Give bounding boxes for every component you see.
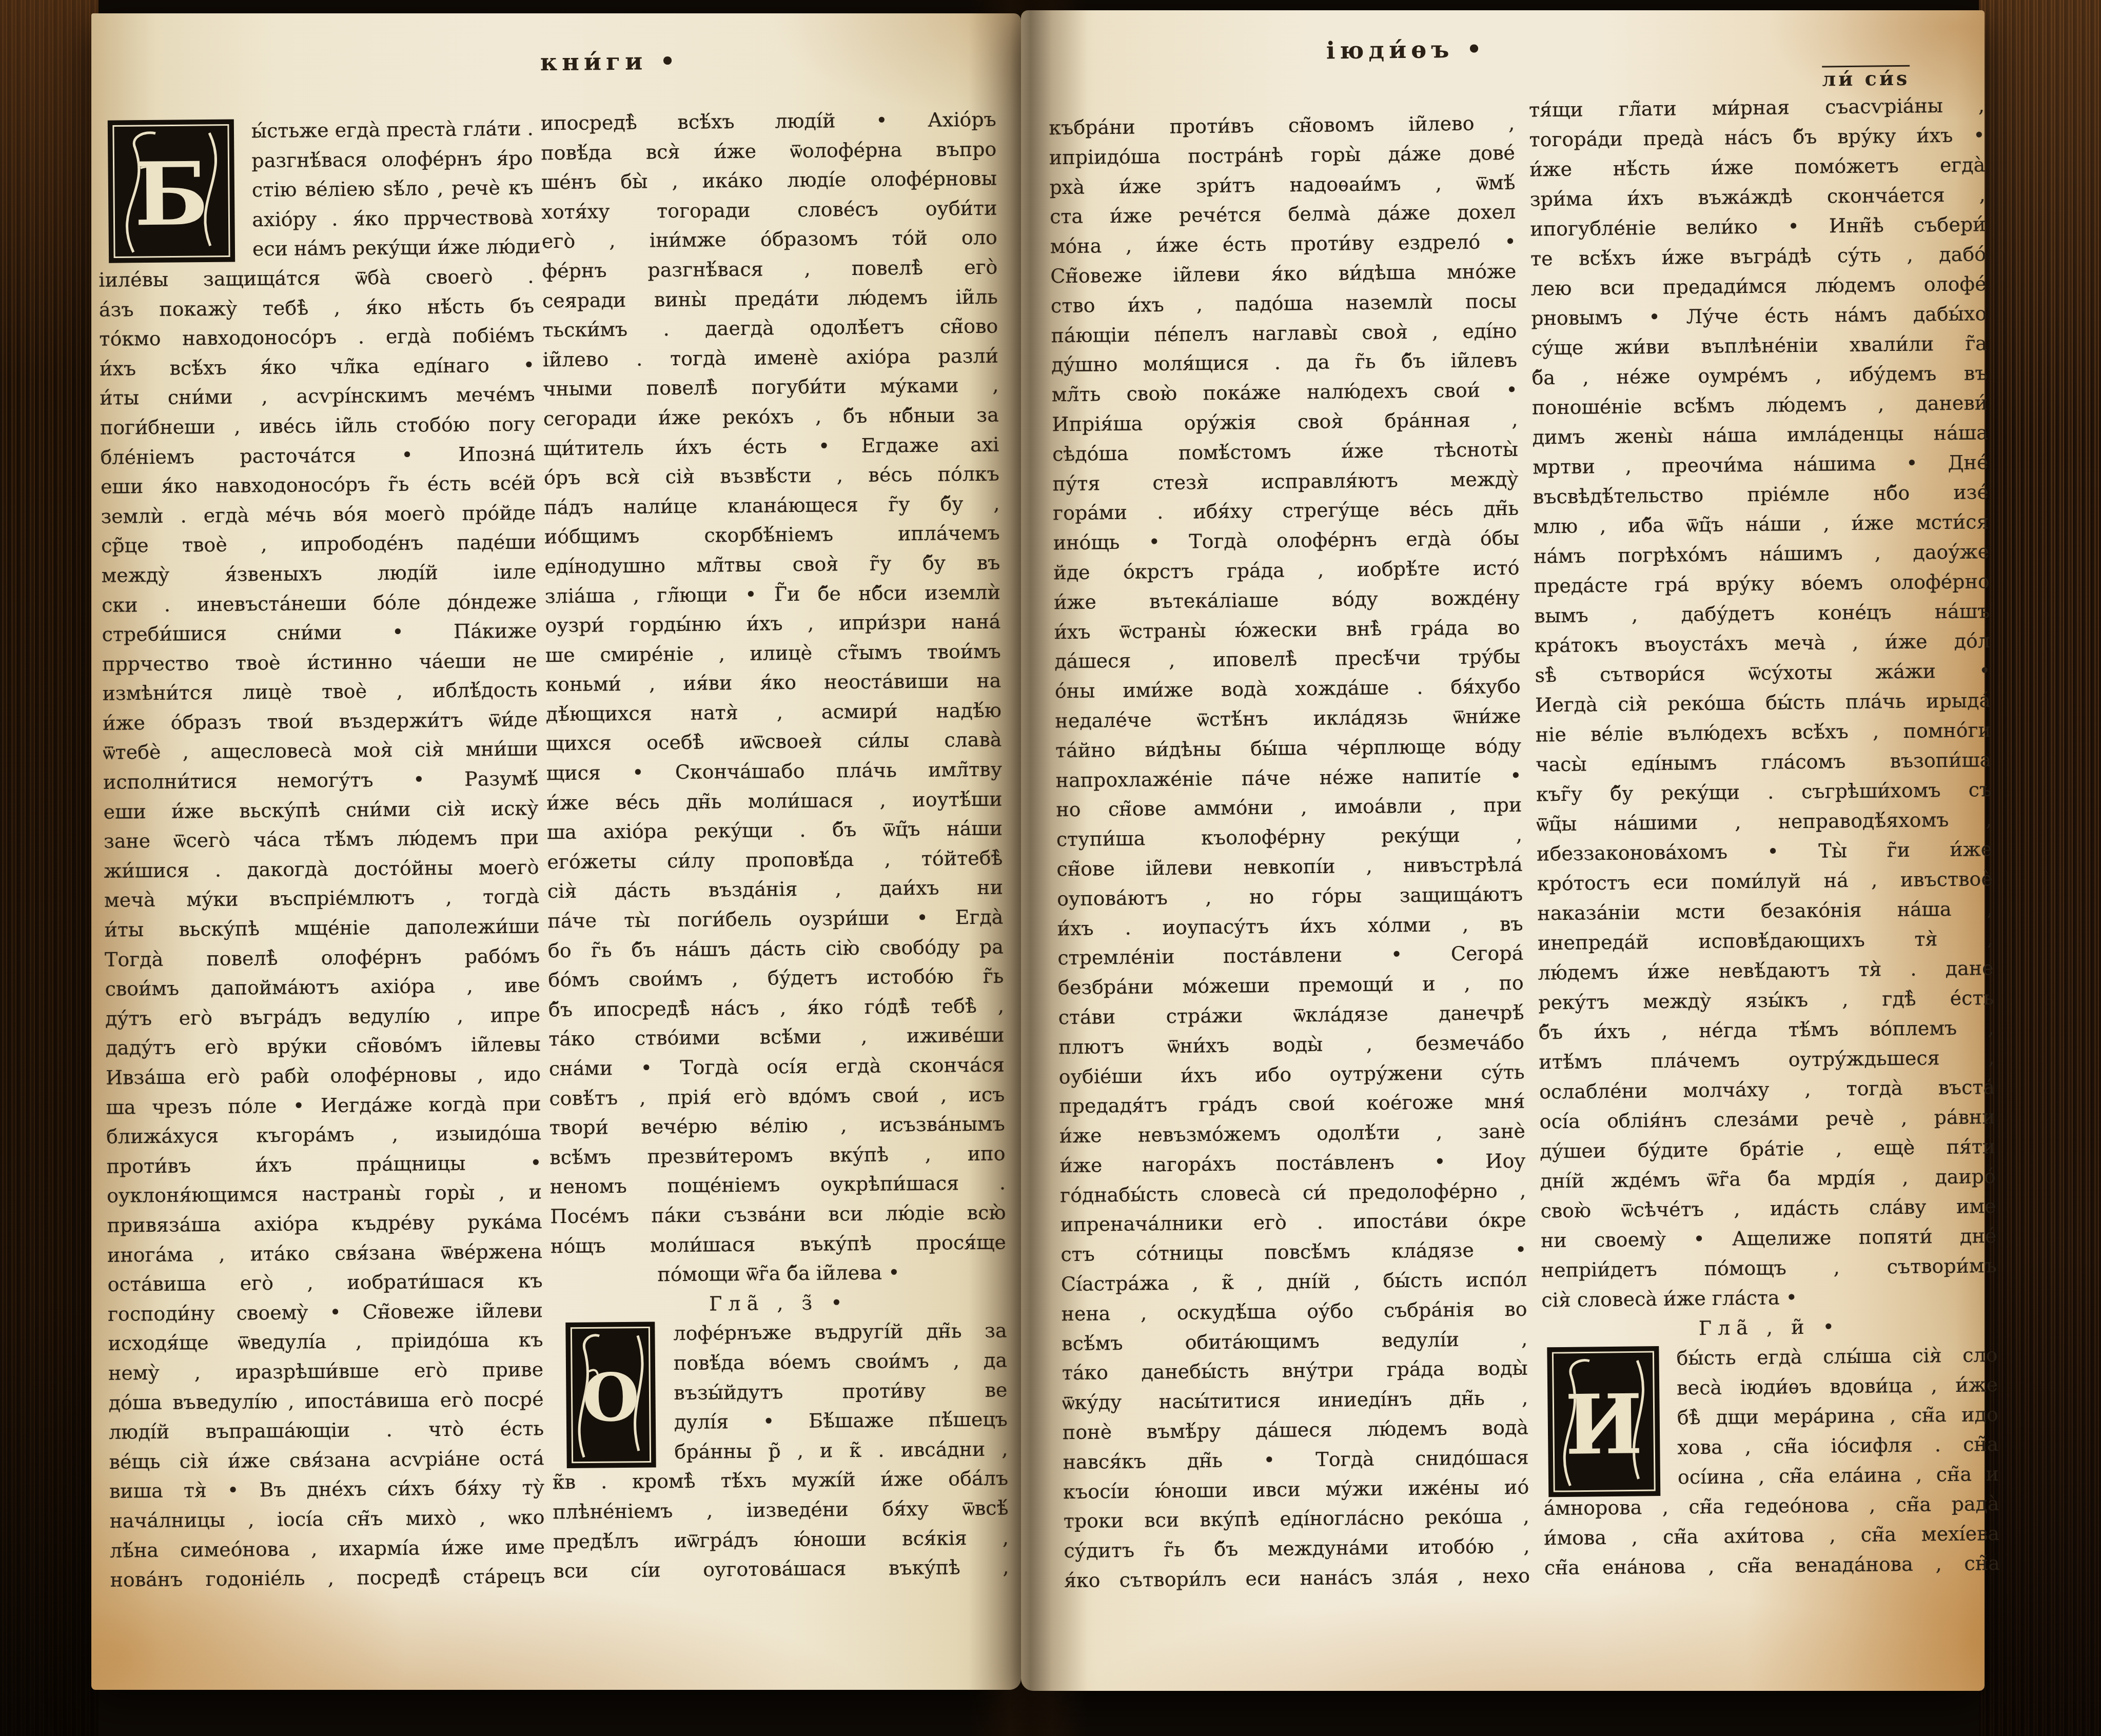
- text-line: сна́ми • Тогда̀ осі́я егда̀ сконча́ся: [549, 1050, 1005, 1083]
- text-line: инепреда́й исповѣ́дающихъ тя̀ ,: [1538, 923, 1994, 958]
- text-line: ста и́же рече́тся белма̀ да́же дохел: [1050, 198, 1516, 232]
- text-line: стъ со́тницы повсѣ́мъ кла́дязе •: [1061, 1235, 1527, 1270]
- text-line: хова , сн̃а іо́сифля . сн̃а: [1677, 1429, 1999, 1463]
- text-line: б̃ъ ипосредѣ̀ на́съ , я́ко го́дѣ̀ тебѣ̀ …: [548, 991, 1004, 1024]
- text-line: стію ве́ліею ѕѣ́ло , речѐ къ: [252, 173, 533, 205]
- text-line: совѣ́тъ , прія́ его̀ вдо́мъ свои́ , исъ: [549, 1080, 1005, 1113]
- text-line: ѕѣ̀ сътвори́ся ѿсу́хоты жа́жи •: [1535, 656, 1991, 690]
- book-fore-edge-left: [0, 0, 99, 1736]
- text-line: да́шеся , иповелѣ̀ пресѣ́чи тру́бы: [1054, 642, 1521, 677]
- text-line: итѣ́мъ пла́чемъ оутру́ждьшеся ,: [1539, 1042, 1995, 1077]
- text-line: та́ко данебы́сть вну́три гра́да воды̀: [1062, 1354, 1528, 1388]
- text-line: ио́бщимъ скорбѣ́ніемъ ипла́чемъ: [544, 519, 1000, 552]
- text-line: напрохлаже́ніе па́че не́же напиті́е •: [1055, 761, 1522, 795]
- text-line: ша ахіо́ра реку́щи . б̃ъ ѿц̃ъ на́ши: [547, 814, 1003, 847]
- text-line: о́ръ вся̀ сія̀ възвѣ́сти , ве́сь по́лкъ: [544, 460, 999, 493]
- text-line: зане ѿсего̀ ча́са тѣ́мъ лю́демъ при: [104, 823, 539, 857]
- text-line: ипріидо́ша постра́нѣ горы̀ да́же дове́: [1049, 139, 1516, 173]
- text-line: лѣ́на симео́нова , ихармі́а и́же име: [110, 1532, 545, 1566]
- text-line: сн̃а ена́нова , сн̃а венада́нова , сн̃а: [1544, 1548, 2000, 1583]
- text-line: сія̀ да́сть възда́нія , даи́хъ ни: [547, 873, 1003, 906]
- text-line: вымъ , дабу́детъ коне́цъ на́шъ: [1534, 596, 1990, 630]
- text-line: ду́шеи бу́дите бра́тіе , ещѐ пя́ти: [1540, 1132, 1996, 1166]
- text-line: недале́че ѿстѣ́нъ икла́дязь ѿни́же: [1055, 702, 1521, 736]
- text-line: его́жеты си́лу проповѣ́да , то́йтебѣ̀: [547, 843, 1003, 877]
- text-line: тогора́ди преда̀ на́съ б̃ъ вру́ку и́хъ •: [1529, 120, 1985, 154]
- text-line: на́мъ погрѣхо́мъ на́шимъ , даоу́же: [1534, 537, 1990, 571]
- text-line: йде о́крстъ гра́да , иобрѣ́те исто́: [1053, 554, 1520, 588]
- text-line: его̀ , іни́мже о́бразомъ то́й оло: [542, 223, 997, 257]
- text-line: рновымъ • Лу́че е́сть на́мъ дабы́хо: [1531, 299, 1987, 333]
- text-line: възы́йдутъ проти́ву ве: [674, 1375, 1007, 1408]
- text-line: свои́мъ дапойма́ютъ ахіо́ра , иве: [105, 971, 540, 1004]
- text-line: люді́й въпраша́ющіи . что̀ е́сть: [109, 1414, 544, 1447]
- text-line: и́же ве́сь дн̃ь моли́шася , иоутѣ́ши: [546, 784, 1002, 818]
- text-line: къосі́и ю́ноши ивси му́жи иже́ны ио́: [1063, 1472, 1529, 1507]
- text-line: о́ны ими́же вода̀ хожда́ше . бя́хубо: [1055, 672, 1521, 706]
- text-line: я́ко сътвори́лъ еси нана́съ зла́я , нехо: [1064, 1562, 1530, 1596]
- text-line: ср̃це твоѐ , ипрободе́нъ паде́ши: [101, 528, 536, 561]
- text-line: Ипрія́ша ору́жія своя̀ бра́нная ,: [1052, 405, 1518, 440]
- running-title-right: іюди́ѳъ •: [1237, 34, 1576, 66]
- text-line: те всѣ́хъ и́же въгра́дѣ су́ть , дабо́: [1530, 239, 1987, 273]
- text-line: даду́тъ его̀ вру́ки сн̃ово́мъ іи̃левы: [105, 1030, 540, 1063]
- text-line: щися • Сконча́шабо пла́чь имл̃тву: [546, 755, 1002, 788]
- text-line: еси на́мъ реку́щи и́же лю́ди: [252, 232, 534, 264]
- woodcut-initial-icon: О: [564, 1321, 657, 1470]
- text-line: и́хъ . иоупасу́тъ и́хъ хо́лми , въ: [1057, 909, 1523, 943]
- text-line: стремле́ніи поста́влени • Сегора́: [1057, 939, 1524, 973]
- text-line: твори́ вече́рю ве́лію , исъзва́нымъ: [549, 1110, 1005, 1143]
- text-line: хотя́ху тогоради слове́съ оуби́ти: [541, 193, 997, 227]
- left-page-text: кни́ги • Б ы́стьже егда̀ преста̀ гла́ти …: [91, 9, 1035, 1694]
- text-line: ступи́ша къолофе́рну реку́щи ,: [1056, 820, 1523, 855]
- text-line: въсвѣдѣ́тельство пріе́мле нб̃о изе́: [1533, 477, 1989, 511]
- text-line: Ивза́ша его̀ рабѝ олофе́рновы , идо: [106, 1059, 541, 1093]
- text-line: сегоради и́же реко́хъ , б̃ъ нб̃ныи за: [543, 400, 999, 433]
- text-column-right-1: къбра́ни проти́въ сн̃овомъ іи̃лево ,ипрі…: [1049, 109, 1530, 1596]
- text-line: привяза́ша ахіо́ра къдре́ву рука́ма: [107, 1207, 542, 1240]
- text-line: и́же нѣ́сть и́же помо́жетъ егда̀: [1529, 150, 1986, 184]
- text-line: та́йно ви́дѣны бы́ша че́рплюще во́ду: [1055, 731, 1522, 765]
- text-line: ски . иневъста́неши бо́ле до́ндеже: [102, 587, 537, 620]
- text-line: ше́нъ бы̀ , ика́ко люді́е олофе́рновы: [541, 164, 997, 198]
- text-line: мл̃ть свою̀ пока́же налю́дехъ свои́ •: [1052, 376, 1518, 410]
- text-line: поги́бнеши , иве́сь іи̃ль стобо́ю погу: [100, 409, 535, 443]
- text-line: предадя́тъ гра́дъ свои́ кое́гоже мня́: [1059, 1087, 1525, 1121]
- text-line: повѣ́да во́емъ свои́мъ , да: [674, 1346, 1007, 1378]
- text-line: ни своему̀ • Ащелиже попяти́ дне́: [1541, 1221, 1997, 1255]
- text-line: ближа́хуся къгора́мъ , изыидо́ша: [106, 1119, 541, 1152]
- text-line: ніе ве́ліе вълю́дехъ всѣ́хъ , помно́ги: [1535, 715, 1991, 749]
- text-line: и́же о́бразъ твои́ въздержи́тъ ѿи́де: [103, 705, 538, 738]
- text-line: ѿтебѐ , ащесловеса̀ моя̀ сія̀ мни́ши: [103, 735, 538, 768]
- text-line: Тогда̀ повелѣ̀ олофе́рнъ рабо́мъ: [105, 941, 540, 975]
- text-line: и́ты вьску́пѣ мще́ніе даполежи́ши: [104, 912, 539, 945]
- text-line: дні́й жде́мъ ѿг̃а б̃а мрді́я , даиро́: [1540, 1161, 1996, 1196]
- text-line: гора́ми . ибя́ху стрегу́ще ве́сь дн̃ь: [1053, 494, 1519, 528]
- text-line: іиле́вы защища́тся ѿба̀ своего̀ .: [99, 262, 534, 295]
- text-line: ахіо́ру . я́ко пррчествова̀: [252, 203, 533, 234]
- text-line: ы́стьже егда̀ преста̀ гла́ти .: [251, 114, 533, 146]
- text-line: ду́тъ его̀ въгра́дъ ведулі́ю , ипре: [105, 1000, 540, 1034]
- text-line: ста́ви стра́жи ѿкла́дязе данечрѣ́: [1058, 998, 1524, 1033]
- text-line: стреби́шися сни́ми • Па́киже: [102, 616, 537, 649]
- text-line: оузри́ горды́ню и́хъ , ипри́зри нана́: [545, 607, 1000, 641]
- text-line: поноше́ніе всѣ́мъ лю́демъ , даневи́: [1532, 388, 1988, 422]
- text-line: и́мова , сн̃а ахи́това , сн̃а мехі́ева: [1544, 1518, 2000, 1553]
- text-line: к̃в . кромѣ̀ тѣ́хъ мужі́й и́же оба́лъ: [553, 1464, 1008, 1497]
- text-line: нему̀ , иразрѣши́вше его̀ приве: [108, 1355, 543, 1388]
- text-line: осі́ина , сн̃а ела́ина , сн̃а и: [1678, 1459, 1999, 1492]
- text-line: коньми́ , ия́ви я́ко неоста́виши на: [545, 666, 1001, 700]
- text-line: свою̀ ѿсѣче́тъ , ида́сть сла́ву име: [1540, 1191, 1996, 1226]
- text-line: и́ты сни́ми , асѵрі́нскимъ мече́мъ: [100, 380, 535, 413]
- text-line: но́щъ моли́шася въку́пѣ прося́ще: [551, 1228, 1006, 1261]
- woodcut-initial-icon: Б: [107, 118, 236, 264]
- text-line: къг̃у б̃у реку́щи . съгрѣши́хомъ съ: [1536, 775, 1992, 809]
- text-line: преда́сте гра́ вру́ку во́емъ олофе́рно: [1534, 566, 1990, 601]
- text-line: та́ко ство́ими всѣ́ми , иживе́ши: [548, 1021, 1004, 1054]
- text-line: оупова́ютъ , но го́ры защища́ютъ: [1057, 879, 1523, 914]
- svg-text:Б: Б: [134, 143, 209, 245]
- text-line: плѣне́ніемъ , іизведе́ни бя́ху ѿвсѣ́: [553, 1493, 1008, 1527]
- text-line: сѣдо́ша помѣ́стомъ и́же тѣсноты̀: [1052, 435, 1519, 469]
- text-line: виша тя̀ • Въ дне́хъ си́хъ бя́ху ту̀: [109, 1473, 544, 1507]
- text-line: ипогубле́ніе вели́ко • Инн̃ѣ събери́: [1530, 209, 1986, 244]
- text-line: млю , иб̃а ѿц̃ъ на́ши , и́же мсти́ся: [1533, 507, 1989, 541]
- text-line: ѿц̃ы на́шими , неправодѣ́яхомъ ,: [1536, 804, 1992, 839]
- text-column-right-2: тя́щи гл̃ати ми́рная съасѵріа́ны ,тогора…: [1529, 90, 2000, 1583]
- text-line: то́кмо навходоносо́ръ . егда̀ побіе́мъ: [99, 321, 534, 354]
- text-line: веса̀ іюди́ѳъ вдови́ца , и́же: [1677, 1370, 1998, 1403]
- text-line: по́мощи ѿг̃а б̃а іи̃лева •: [551, 1257, 1006, 1291]
- svg-text:О: О: [582, 1359, 640, 1437]
- text-line: су́дитъ г̃ь б̃ъ междуна́ми итобо́ю ,: [1064, 1532, 1530, 1566]
- text-line: б̃а , не́же оумре́мъ , ибу́демъ въ: [1531, 358, 1988, 392]
- text-line: непріи́детъ по́мощъ , сътвори́мъ: [1541, 1251, 1997, 1285]
- text-line: зри́ма и́хъ въжа́ждѣ сконча́ется ,: [1530, 180, 1986, 214]
- text-line: ство и́хъ , падо́ша наземлѝ посы: [1051, 287, 1517, 321]
- text-line: еши я́ко навходоносо́ръ г̃ь е́сть все́й: [101, 469, 536, 502]
- text-line: сія̀ словеса̀ и́же гла́ста •: [1541, 1280, 1997, 1315]
- text-line: фе́рнъ разгнѣ́вася , повелѣ̀ его̀: [542, 252, 997, 286]
- text-line: проти́въ и́хъ пра́щницы •: [106, 1148, 541, 1181]
- text-line: рха̀ и́же зри́тъ надоѳаи́мъ , ѿмѣ́: [1049, 168, 1516, 202]
- text-line: бра́нны р̃ , и к̃ . ивса́дни ,: [674, 1434, 1008, 1467]
- text-line: бѣ̀ дщи мера́рина , сн̃а идо: [1677, 1399, 1998, 1433]
- text-line: ше смире́ніе , илицѐ ст̃ымъ твои́мъ: [545, 637, 1001, 670]
- woodcut-initial-icon: И: [1546, 1345, 1661, 1498]
- text-line: до́ша въведулі́ю , ипоста́виша его̀ поср…: [108, 1385, 543, 1418]
- right-page-text: іюди́ѳъ • ли́ си́ѕ къбра́ни проти́въ сн̃…: [1021, 5, 2002, 1695]
- text-line: ипосредѣ̀ всѣ́хъ люді́й • Ахіо́ръ: [541, 105, 996, 139]
- right-page: іюди́ѳъ • ли́ си́ѕ къбра́ни проти́въ сн̃…: [1021, 10, 1985, 1691]
- text-line: дулі́я • Бѣ́шаже пѣ́шецъ: [674, 1405, 1008, 1437]
- text-line: іи̃лево . тогда̀ именѐ ахіо́ра разли́: [543, 341, 998, 374]
- text-line: землѝ . егда̀ ме́чь во́я моего̀ про́йде: [101, 498, 536, 531]
- text-line: су́ще жи́ви въплѣне́ніи хвали́ли г̃а: [1531, 328, 1988, 363]
- text-line: всѣ́мъ презви́теромъ вку́пѣ , ипо: [549, 1139, 1005, 1172]
- text-line: нався́къ дн̃ь • Тогда̀ снидо́шася: [1063, 1443, 1529, 1477]
- text-line: ве́щь сія̀ и́же свя́зана асѵріа́не оста́: [109, 1444, 544, 1477]
- chapter-heading: Гла̃ , з̃ •: [551, 1287, 1007, 1320]
- text-line: троки вси вку́пѣ еді́ногла́сно реко́ша ,: [1064, 1502, 1530, 1536]
- text-line: разгнѣ́вася олофе́рнъ я́ро: [251, 144, 533, 175]
- text-line: сн̃ове іи̃леви невкопі́и , нивъстрѣла́: [1056, 850, 1523, 884]
- text-column-left-1: Б ы́стьже егда̀ преста̀ гла́ти .разгнѣ́в…: [97, 114, 545, 1595]
- left-page: кни́ги • Б ы́стьже егда̀ преста̀ гла́ти …: [91, 13, 1021, 1690]
- text-line: бле́ніемъ расточа́тся • Ипозна́: [100, 439, 535, 472]
- text-line: между̀ я́звеныхъ люді́й іиле: [101, 557, 536, 590]
- running-title-left: кни́ги •: [446, 46, 774, 77]
- text-line: и́хъ всѣ́хъ я́ко чл̃ка еді́наго •: [100, 350, 535, 384]
- text-line: ино́щь • Тогда̀ олофе́рнъ егда̀ о́бы: [1053, 524, 1520, 558]
- text-line: еши и́же вьску́пѣ сни́ми сія̀ иску̀: [103, 794, 538, 827]
- text-line: нена , оскудѣ́ша оу́бо събра́нія во: [1061, 1295, 1527, 1329]
- text-line: лофе́рнъже въдругі́й дн̃ь за: [673, 1316, 1007, 1349]
- text-line: еді́нодушно мл̃твы своя̀ г̃у б̃у въ: [544, 548, 1000, 581]
- text-line: го́днабы́сть словеса̀ си́ предолофе́рно …: [1060, 1176, 1526, 1210]
- text-line: наказа́ніи мсти безако́нія на́ша ,: [1537, 894, 1993, 928]
- text-line: и́хъ ѿстраны̀ ю́жески внѣ̀ гра́да во: [1054, 613, 1520, 647]
- text-line: ослабле́ни молча́ху , тогда̀ въста́: [1539, 1072, 1995, 1107]
- text-line: сеяради вины̀ преда́ти лю́демъ іи̃ль: [542, 282, 998, 315]
- chapter-opening: Б ы́стьже егда̀ преста̀ гла́ти .разгнѣ́в…: [97, 114, 534, 265]
- text-line: и́же невъзмо́жемъ одолѣ́ти , занѐ: [1059, 1117, 1526, 1151]
- text-line: ибеззаконова́хомъ • Ты̀ г̃и и́же: [1537, 834, 1993, 869]
- text-line: зліа́ша , гл̃ющи • Г̃и б̃е нб̃си иземлѝ: [545, 578, 1000, 611]
- text-line: щи́титель и́хъ е́сть • Егдаже ахі: [543, 430, 999, 463]
- text-column-left-2: ипосредѣ̀ всѣ́хъ люді́й • Ахіо́ръповѣ́да…: [541, 105, 1009, 1586]
- text-line: бо г̃ь б̃ъ на́шъ да́сть сію̀ свобо́ду ра: [548, 932, 1004, 965]
- text-line: неномъ поще́ніемъ оукрѣпи́шася .: [550, 1169, 1006, 1202]
- text-line: осі́а облія́нъ слеза́ми речѐ , ра́вни: [1539, 1102, 1995, 1136]
- text-line: Посе́мъ па́ки съзва́ни вси лю́діе всю̀: [550, 1198, 1006, 1231]
- text-line: часы̀ еді́нымъ гла́сомъ възопи́ша: [1536, 745, 1992, 779]
- text-line: меча̀ му́ки въспріе́млютъ , тогда̀: [104, 882, 539, 916]
- text-line: ду́шно моля́щися . да г̃ь б̃ъ іи̃левъ: [1051, 346, 1518, 380]
- text-line: плютъ ѿни́хъ воды̀ , безмеча́бо: [1058, 1028, 1525, 1062]
- text-line: Сі́астра́жа , к̃ , дні́й , бы́сть испо́л: [1061, 1265, 1527, 1299]
- text-line: Иегда̀ сія̀ реко́ша бы́сть пла́чь ирыда́: [1535, 685, 1991, 720]
- text-line: па́ющіи пе́пелъ наглавы̀ своя̀ , еді́но: [1051, 316, 1517, 350]
- text-line: оста́виша его̀ , иобрати́шася къ: [107, 1266, 542, 1299]
- text-line: безбра́ни мо́жеши премощи́ и , по: [1058, 969, 1524, 1003]
- text-line: нача́лницы , іосі́а сн̃ъ михо̀ , ѡко: [109, 1503, 544, 1536]
- text-line: па́дъ нали́це клана́ющеся г̃у б̃у ,: [544, 489, 999, 522]
- text-line: лю́демъ и́же невѣ́даютъ тя̀ . дане: [1538, 953, 1994, 988]
- text-line: мо́на , и́же е́сть проти́ву ездрело́ •: [1050, 227, 1516, 262]
- text-line: ѿку́ду насы́титися иниеді́нъ дн̃ь ,: [1062, 1384, 1528, 1418]
- text-line: исполни́тися немогу́тъ • Разумѣ́: [103, 764, 538, 797]
- text-line: а́зъ покажу̀ тебѣ̀ , я́ко нѣ́сть бъ: [99, 291, 534, 325]
- text-line: мртви , преочи́ма на́шима • Дне́: [1533, 447, 1989, 482]
- text-line: Сн̃овеже іи̃леви я́ко ви́дѣша мно́же: [1050, 257, 1517, 291]
- chapter-opening: И бы́сть егда̀ слы́ша сія̀ словеса̀ іюди…: [1542, 1340, 1999, 1493]
- text-line: бо́мъ свои́мъ , бу́детъ истобо́ю г̃ь: [548, 962, 1004, 995]
- text-line: пу́тя стезя̀ исправля́ютъ между̀: [1052, 464, 1519, 499]
- folio-number: ли́ си́ѕ: [1822, 67, 1910, 91]
- text-line: димъ жены̀ на́ша имла́денцы на́ша: [1532, 418, 1988, 452]
- text-line: и́же нагора́хъ поста́вленъ • Иоу: [1059, 1147, 1526, 1181]
- text-line: щихся осебѣ̀ иѿсвоея̀ си́лы слава̀: [546, 725, 1002, 759]
- text-line: къбра́ни проти́въ сн̃овомъ іи̃лево ,: [1049, 109, 1515, 143]
- text-line: жи́шися . дакогда̀ досто́йны моего̀: [104, 853, 539, 886]
- text-line: предѣ́лъ иѿгра́дъ ю́ноши вся́кія ,: [553, 1523, 1009, 1556]
- text-line: повѣ́да вся̀ и́же ѿолофе́рна въпро: [541, 134, 996, 168]
- text-line: ипренача́лники его̀ . ипоста́ви о́кре: [1060, 1206, 1526, 1240]
- svg-text:И: И: [1564, 1376, 1643, 1473]
- text-line: исходя́ще ѿведулі́а , пріидо́ша къ: [108, 1326, 543, 1359]
- text-line: тя́щи гл̃ати ми́рная съасѵріа́ны ,: [1529, 90, 1985, 125]
- text-line: кра́токъ въоуста́хъ меча̀ , и́же до́л: [1535, 626, 1991, 660]
- text-line: и́же вътека́ліаше во́ду вожде́ну: [1054, 583, 1520, 617]
- text-line: вси сі́и оуготова́шася въку́пѣ ,: [553, 1553, 1009, 1586]
- text-line: всѣ́мъ обита́ющимъ ведулі́и ,: [1062, 1324, 1528, 1358]
- text-line: чными повелѣ̀ погуби́ти му́ками ,: [543, 371, 998, 404]
- text-line: инога́ма , ита́ко свя́зана ѿве́ржена: [107, 1237, 542, 1270]
- text-line: нова́нъ годоніе́ль , посредѣ̀ ста́рецъ: [110, 1562, 545, 1595]
- text-line: кро́тостъ еси поми́луй на́ , ивъствоѐ: [1537, 864, 1993, 898]
- text-line: но сн̃ове аммо́ни , имоа́вли , при: [1056, 791, 1522, 825]
- chapter-heading: Гла̃ , и̃ •: [1542, 1310, 1998, 1345]
- text-line: оубіе́ши и́хъ ибо оутру́жени су́ть: [1058, 1057, 1525, 1092]
- text-line: ша чрезъ по́ле • Иегда́же когда̀ при: [106, 1089, 541, 1122]
- text-line: па́че ты̀ поги́бель оузри́ши • Егда̀: [547, 902, 1003, 936]
- text-line: б̃ъ и́хъ , не́гда тѣ́мъ во́племъ ,: [1539, 1013, 1995, 1047]
- text-line: господи́ну своему̀ • Сн̃овеже іи̃леви: [108, 1296, 543, 1329]
- text-line: оуклоня́ющимся настраны̀ горы̀ , и: [107, 1178, 542, 1211]
- text-line: бы́сть егда̀ слы́ша сія̀ сло: [1676, 1340, 1998, 1373]
- text-line: реку́тъ между̀ язы́къ , гдѣ̀ е́сть: [1538, 983, 1994, 1017]
- text-line: дѣ́ющихся натя̀ , асмири́ надѣ́ю: [546, 696, 1002, 729]
- text-line: пррчество твоѐ и́стинно ча́еши не: [102, 646, 537, 679]
- text-line: лею вси предади́мся лю́демъ олофе́: [1530, 269, 1987, 303]
- text-line: тьски́мъ . даегда̀ одолѣ́етъ сн̃ово: [542, 312, 998, 345]
- text-line: понѐ въмѣ́ру да́шеся лю́демъ вода̀: [1063, 1413, 1529, 1448]
- text-line: измѣни́тся лицѐ твоѐ , иблѣ́дость: [102, 676, 537, 709]
- chapter-opening: О лофе́рнъже въдругі́й дн̃ь заповѣ́да во…: [551, 1316, 1008, 1468]
